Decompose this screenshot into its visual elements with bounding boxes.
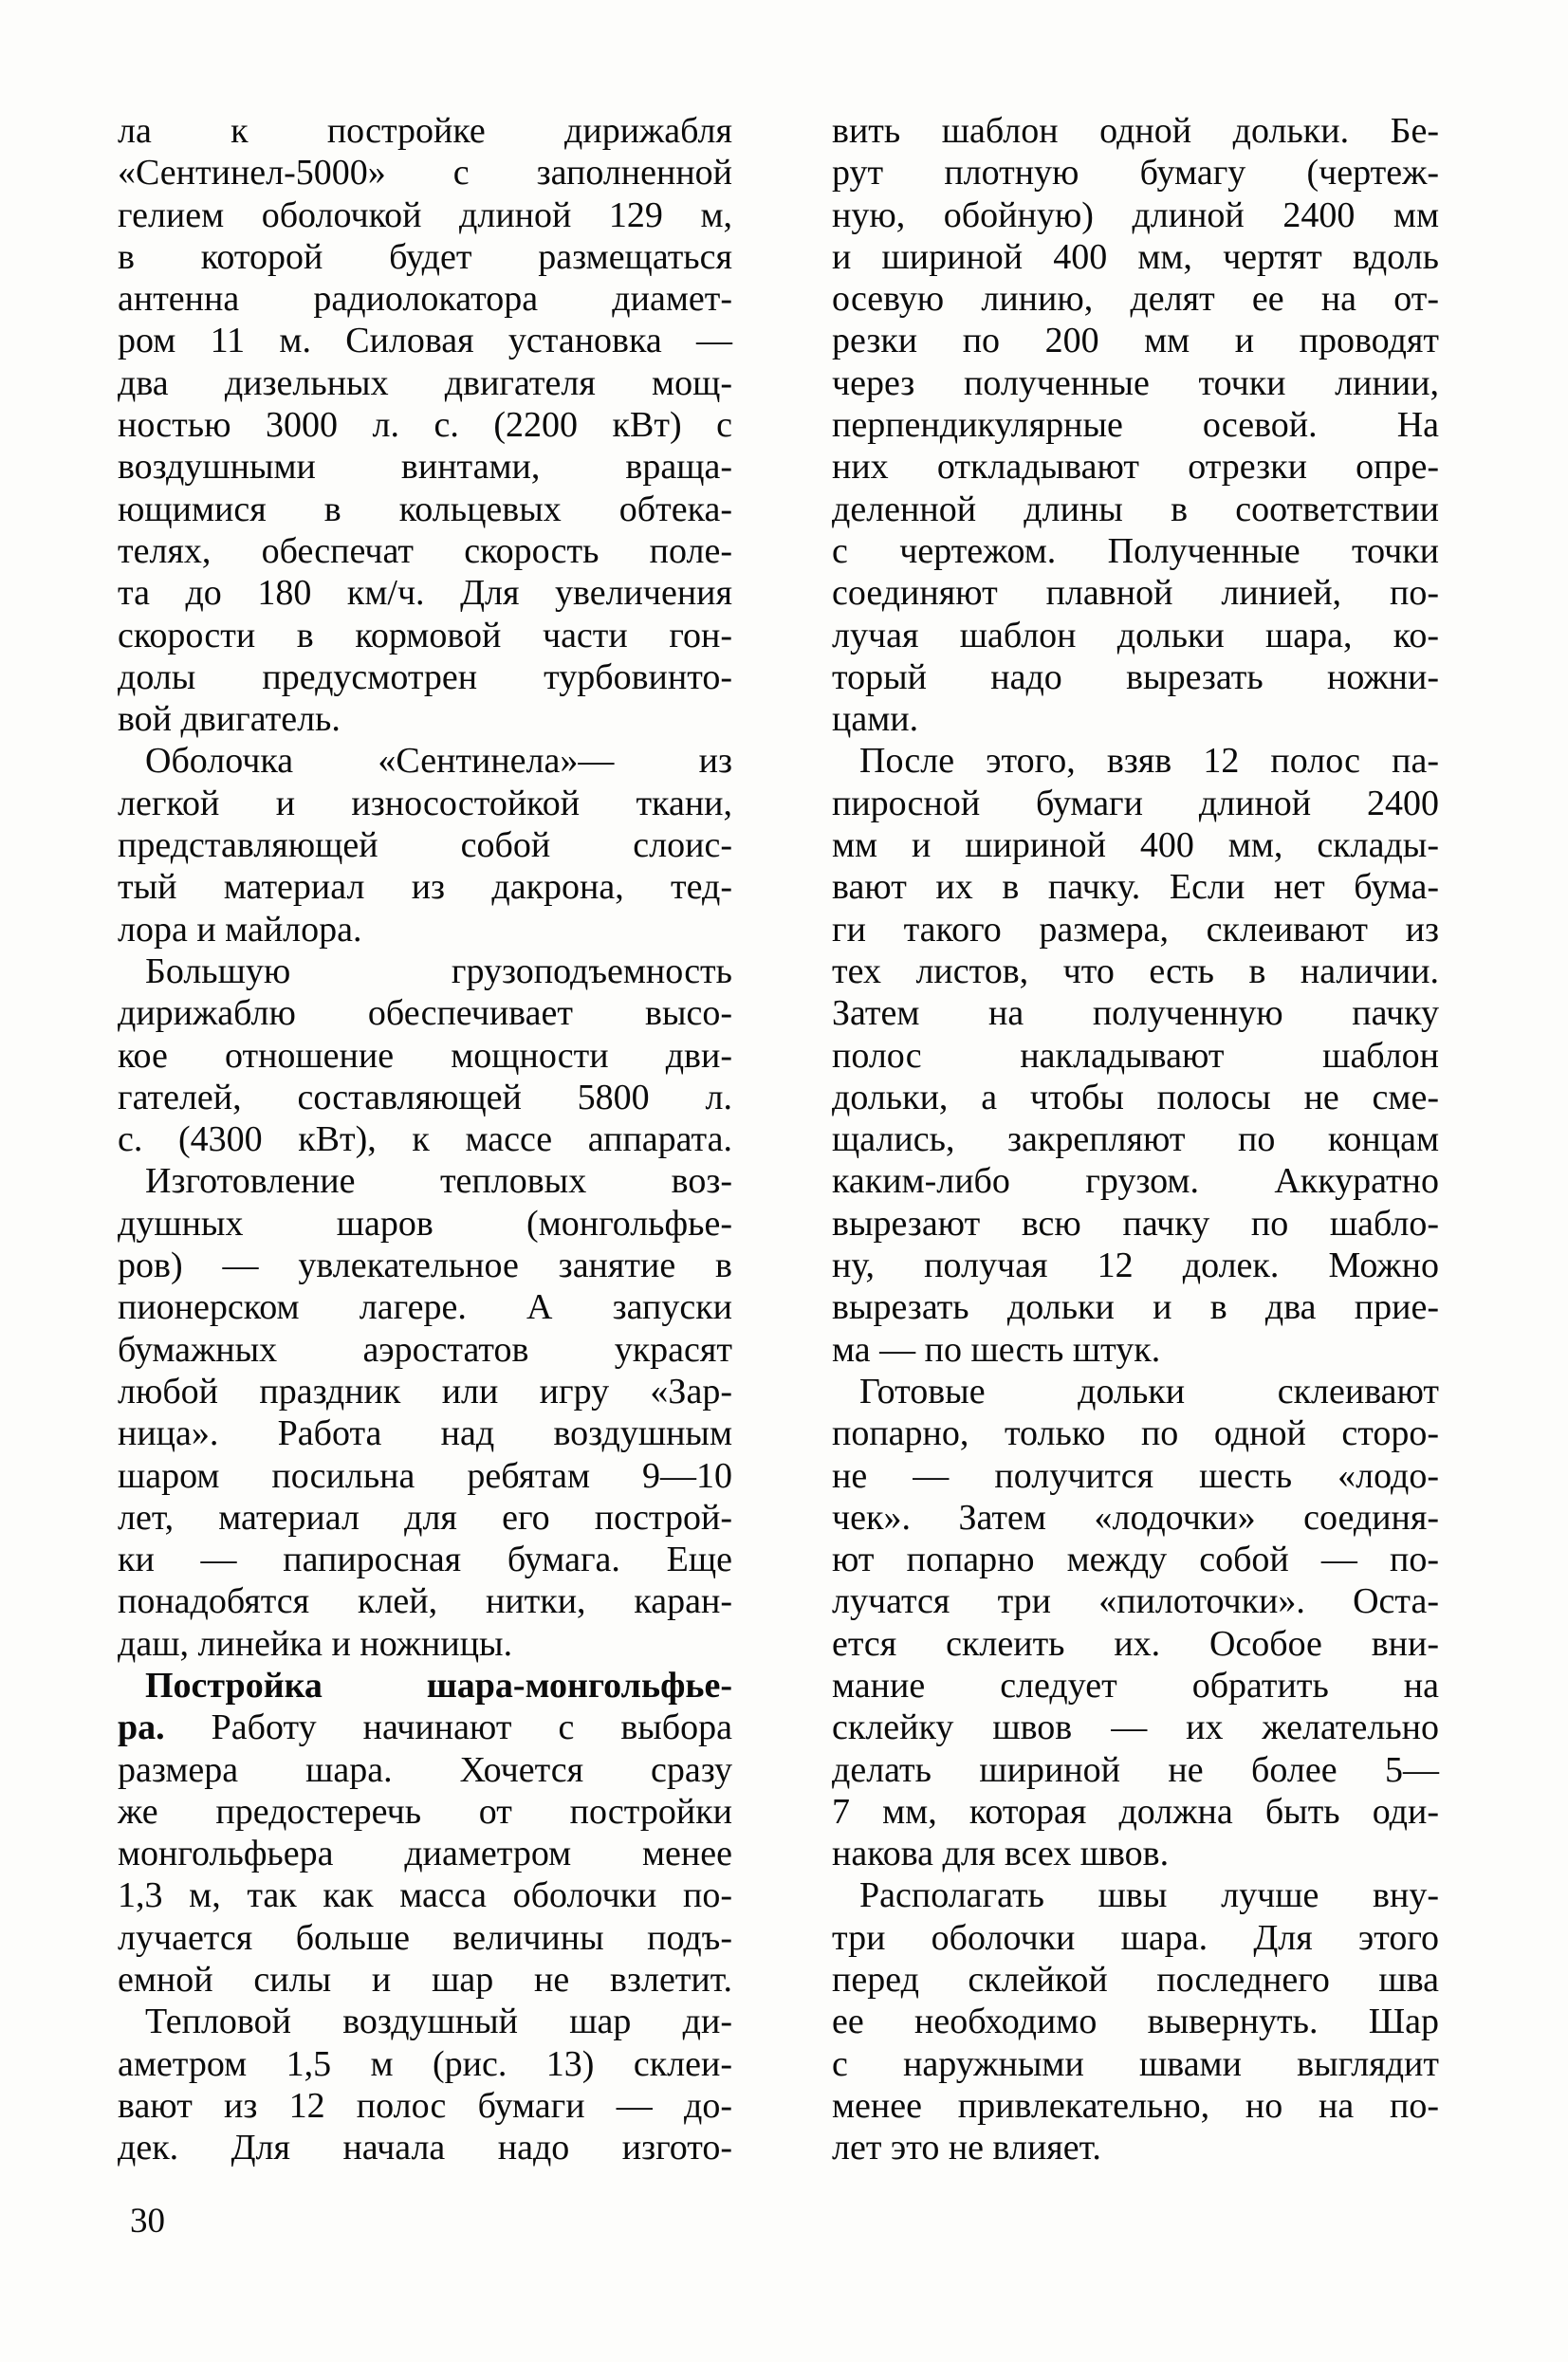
text-line: вают их в пачку. Если нет бума- bbox=[832, 866, 1439, 908]
text-line: же предостеречь от постройки bbox=[118, 1791, 732, 1833]
book-page: ла к постройке дирижабля«Сентинел-5000» … bbox=[0, 0, 1568, 2362]
text-line: вить шаблон одной дольки. Бе- bbox=[832, 110, 1439, 152]
text-line: не — получится шесть «лодо- bbox=[832, 1455, 1439, 1497]
text-line: дирижаблю обеспечивает высо- bbox=[118, 992, 732, 1034]
text-segment: три оболочки шара. Для этого bbox=[832, 1918, 1439, 1958]
text-line: Постройка шара-монгольфье- bbox=[118, 1665, 732, 1707]
text-segment: соединяют плавной линией, по- bbox=[832, 573, 1439, 613]
text-segment: душных шаров (монгольфье- bbox=[118, 1204, 732, 1244]
text-segment: торый надо вырезать ножни- bbox=[832, 657, 1439, 697]
text-line: них откладывают отрезки опре- bbox=[832, 446, 1439, 488]
text-segment: ров) — увлекательное занятие в bbox=[118, 1246, 732, 1285]
text-line: ющимися в кольцевых обтека- bbox=[118, 489, 732, 530]
text-segment: шаром посильна ребятам 9—10 bbox=[118, 1456, 732, 1496]
paragraph: Располагать швы лучше вну-три оболочки ш… bbox=[832, 1874, 1439, 2168]
text-line: два дизельных двигателя мощ- bbox=[118, 362, 732, 404]
text-line: вой двигатель. bbox=[118, 698, 732, 740]
text-line: ется склеить их. Особое вни- bbox=[832, 1623, 1439, 1665]
text-segment: тех листов, что есть в наличии. bbox=[832, 951, 1439, 991]
paragraph: Большую грузоподъемностьдирижаблю обеспе… bbox=[118, 950, 732, 1160]
text-line: ги такого размера, склеивают из bbox=[832, 909, 1439, 950]
text-line: размера шара. Хочется сразу bbox=[118, 1749, 732, 1791]
text-segment: с. (4300 кВт), к массе аппарата. bbox=[118, 1119, 732, 1159]
text-line: ница». Работа над воздушным bbox=[118, 1412, 732, 1454]
text-segment: скорости в кормовой части гон- bbox=[118, 616, 732, 655]
text-segment: вырезать дольки и в два прие- bbox=[832, 1287, 1439, 1327]
text-line: любой праздник или игру «Зар- bbox=[118, 1371, 732, 1412]
text-line: вырезать дольки и в два прие- bbox=[832, 1286, 1439, 1328]
text-line: Большую грузоподъемность bbox=[118, 950, 732, 992]
text-segment: понадобятся клей, нитки, каран- bbox=[118, 1581, 732, 1621]
bold-text-segment: ра. bbox=[118, 1707, 165, 1747]
paragraph: ла к постройке дирижабля«Сентинел-5000» … bbox=[118, 110, 732, 740]
text-segment: склейку швов — их желательно bbox=[832, 1707, 1439, 1747]
text-line: перед склейкой последнего шва bbox=[832, 1959, 1439, 2001]
bold-text-segment: Постройка шара-монгольфье- bbox=[145, 1666, 732, 1706]
text-line: чек». Затем «лодочки» соединя- bbox=[832, 1497, 1439, 1539]
text-line: После этого, взяв 12 полос па- bbox=[832, 740, 1439, 782]
text-line: 1,3 м, так как масса оболочки по- bbox=[118, 1874, 732, 1916]
text-segment: даш, линейка и ножницы. bbox=[118, 1624, 512, 1664]
text-segment: два дизельных двигателя мощ- bbox=[118, 363, 732, 403]
text-line: Затем на полученную пачку bbox=[832, 992, 1439, 1034]
text-segment: вырезают всю пачку по шабло- bbox=[832, 1204, 1439, 1244]
paragraph: Готовые дольки склеиваютпопарно, только … bbox=[832, 1371, 1439, 1875]
text-line: дек. Для начала надо изгото- bbox=[118, 2127, 732, 2168]
text-segment: размера шара. Хочется сразу bbox=[118, 1750, 732, 1790]
text-segment: и шириной 400 мм, чертят вдоль bbox=[832, 237, 1439, 277]
text-segment: вают из 12 полос бумаги — до- bbox=[118, 2086, 732, 2126]
text-segment: Тепловой воздушный шар ди- bbox=[145, 2002, 732, 2041]
text-line: деленной длины в соответствии bbox=[832, 489, 1439, 530]
paragraph: Оболочка «Сентинела»— излегкой и износос… bbox=[118, 740, 732, 950]
text-segment: 1,3 м, так как масса оболочки по- bbox=[118, 1875, 732, 1915]
text-line: душных шаров (монгольфье- bbox=[118, 1203, 732, 1245]
text-segment: Изготовление тепловых воз- bbox=[145, 1161, 732, 1201]
text-segment: ги такого размера, склеивают из bbox=[832, 910, 1439, 950]
text-line: пиросной бумаги длиной 2400 bbox=[832, 783, 1439, 824]
text-segment: перед склейкой последнего шва bbox=[832, 1960, 1439, 2000]
text-line: кое отношение мощности дви- bbox=[118, 1035, 732, 1077]
text-segment: пиросной бумаги длиной 2400 bbox=[832, 784, 1439, 823]
text-segment: цами. bbox=[832, 699, 918, 739]
text-segment: бумажных аэростатов украсят bbox=[118, 1330, 732, 1370]
text-segment: 7 мм, которая должна быть оди- bbox=[832, 1792, 1439, 1832]
text-segment: емной силы и шар не взлетит. bbox=[118, 1960, 732, 2000]
text-line: каким-либо грузом. Аккуратно bbox=[832, 1160, 1439, 1202]
text-line: телях, обеспечат скорость поле- bbox=[118, 530, 732, 572]
text-segment: дек. Для начала надо изгото- bbox=[118, 2128, 732, 2168]
text-line: полос накладывают шаблон bbox=[832, 1035, 1439, 1077]
text-segment: с наружными швами выглядит bbox=[832, 2044, 1439, 2084]
text-line: лора и майлора. bbox=[118, 909, 732, 950]
text-segment: деленной длины в соответствии bbox=[832, 489, 1439, 529]
text-segment: накова для всех швов. bbox=[832, 1834, 1169, 1873]
paragraph: вить шаблон одной дольки. Бе-рут плотную… bbox=[832, 110, 1439, 740]
text-line: ров) — увлекательное занятие в bbox=[118, 1245, 732, 1286]
text-line: ну, получая 12 долек. Можно bbox=[832, 1245, 1439, 1286]
text-line: долы предусмотрен турбовинто- bbox=[118, 656, 732, 698]
text-line: ма — по шесть штук. bbox=[832, 1329, 1439, 1371]
text-segment: ром 11 м. Силовая установка — bbox=[118, 321, 732, 360]
text-segment: попарно, только по одной сторо- bbox=[832, 1413, 1439, 1453]
text-segment: Затем на полученную пачку bbox=[832, 993, 1439, 1033]
text-segment: вают их в пачку. Если нет бума- bbox=[832, 867, 1439, 907]
text-line: склейку швов — их желательно bbox=[832, 1707, 1439, 1748]
text-line: аметром 1,5 м (рис. 13) склеи- bbox=[118, 2043, 732, 2085]
text-segment: гелием оболочкой длиной 129 м, bbox=[118, 195, 732, 235]
text-segment: Работу начинают с выбора bbox=[165, 1707, 732, 1747]
text-line: лучается больше величины подъ- bbox=[118, 1917, 732, 1959]
paragraph: Тепловой воздушный шар ди-аметром 1,5 м … bbox=[118, 2001, 732, 2168]
paragraph: После этого, взяв 12 полос па-пиросной б… bbox=[832, 740, 1439, 1370]
text-segment: гателей, составляющей 5800 л. bbox=[118, 1078, 732, 1117]
text-segment: ница». Работа над воздушным bbox=[118, 1413, 732, 1453]
text-line: попарно, только по одной сторо- bbox=[832, 1412, 1439, 1454]
text-line: щались, закрепляют по концам bbox=[832, 1118, 1439, 1160]
text-line: мм и шириной 400 мм, склады- bbox=[832, 824, 1439, 866]
text-line: ную, обойную) длиной 2400 мм bbox=[832, 194, 1439, 236]
text-segment: через полученные точки линии, bbox=[832, 363, 1439, 403]
paragraph: Изготовление тепловых воз-душных шаров (… bbox=[118, 1160, 732, 1665]
text-segment: рут плотную бумагу (чертеж- bbox=[832, 153, 1439, 193]
text-line: «Сентинел-5000» с заполненной bbox=[118, 152, 732, 194]
text-segment: легкой и износостойкой ткани, bbox=[118, 784, 732, 823]
text-line: лет, материал для его построй- bbox=[118, 1497, 732, 1539]
text-line: торый надо вырезать ножни- bbox=[832, 656, 1439, 698]
text-line: Оболочка «Сентинела»— из bbox=[118, 740, 732, 782]
text-line: представляющей собой слоис- bbox=[118, 824, 732, 866]
text-segment: ее необходимо вывернуть. Шар bbox=[832, 2002, 1439, 2041]
text-line: воздушными винтами, враща- bbox=[118, 446, 732, 488]
text-segment: каким-либо грузом. Аккуратно bbox=[832, 1161, 1439, 1201]
text-line: мание следует обратить на bbox=[832, 1665, 1439, 1707]
text-segment: лет, материал для его построй- bbox=[118, 1498, 732, 1538]
text-segment: телях, обеспечат скорость поле- bbox=[118, 531, 732, 571]
text-segment: них откладывают отрезки опре- bbox=[832, 447, 1439, 487]
text-line: Тепловой воздушный шар ди- bbox=[118, 2001, 732, 2042]
text-line: легкой и износостойкой ткани, bbox=[118, 783, 732, 824]
text-segment: лора и майлора. bbox=[118, 910, 361, 950]
text-segment: менее привлекательно, но на по- bbox=[832, 2086, 1439, 2126]
text-line: антенна радиолокатора диамет- bbox=[118, 278, 732, 320]
text-line: ра. Работу начинают с выбора bbox=[118, 1707, 732, 1748]
text-segment: та до 180 км/ч. Для увеличения bbox=[118, 573, 732, 613]
text-segment: ющимися в кольцевых обтека- bbox=[118, 489, 732, 529]
text-line: через полученные точки линии, bbox=[832, 362, 1439, 404]
text-segment: воздушными винтами, враща- bbox=[118, 447, 732, 487]
text-line: гелием оболочкой длиной 129 м, bbox=[118, 194, 732, 236]
text-line: перпендикулярные осевой. На bbox=[832, 404, 1439, 446]
text-line: Изготовление тепловых воз- bbox=[118, 1160, 732, 1202]
text-segment: дирижаблю обеспечивает высо- bbox=[118, 993, 732, 1033]
page-number: 30 bbox=[130, 2203, 165, 2241]
text-segment: вить шаблон одной дольки. Бе- bbox=[832, 111, 1439, 151]
text-line: гателей, составляющей 5800 л. bbox=[118, 1077, 732, 1118]
text-segment: резки по 200 мм и проводят bbox=[832, 321, 1439, 360]
text-segment: После этого, взяв 12 полос па- bbox=[859, 741, 1439, 781]
text-segment: делать шириной не более 5— bbox=[832, 1750, 1439, 1790]
text-line: ют попарно между собой — по- bbox=[832, 1539, 1439, 1580]
text-line: с. (4300 кВт), к массе аппарата. bbox=[118, 1118, 732, 1160]
text-segment: Большую грузоподъемность bbox=[145, 951, 732, 991]
text-line: ки — папиросная бумага. Еще bbox=[118, 1539, 732, 1580]
text-segment: вой двигатель. bbox=[118, 699, 341, 739]
text-segment: Оболочка «Сентинела»— из bbox=[145, 741, 732, 781]
text-line: лучатся три «пилоточки». Оста- bbox=[832, 1580, 1439, 1622]
text-segment: Готовые дольки склеивают bbox=[859, 1372, 1439, 1412]
text-line: дольки, а чтобы полосы не сме- bbox=[832, 1077, 1439, 1118]
text-segment: тый материал из дакрона, тед- bbox=[118, 867, 732, 907]
text-line: 7 мм, которая должна быть оди- bbox=[832, 1791, 1439, 1833]
text-line: понадобятся клей, нитки, каран- bbox=[118, 1580, 732, 1622]
text-line: с чертежом. Полученные точки bbox=[832, 530, 1439, 572]
text-segment: ма — по шесть штук. bbox=[832, 1330, 1160, 1370]
text-segment: лучая шаблон дольки шара, ко- bbox=[832, 616, 1439, 655]
text-line: монгольфьера диаметром менее bbox=[118, 1833, 732, 1874]
text-segment: ется склеить их. Особое вни- bbox=[832, 1624, 1439, 1664]
text-line: пионерском лагере. А запуски bbox=[118, 1286, 732, 1328]
text-line: с наружными швами выглядит bbox=[832, 2043, 1439, 2085]
text-segment: ют попарно между собой — по- bbox=[832, 1540, 1439, 1579]
text-segment: лучатся три «пилоточки». Оста- bbox=[832, 1581, 1439, 1621]
text-segment: же предостеречь от постройки bbox=[118, 1792, 732, 1832]
text-segment: кое отношение мощности дви- bbox=[118, 1036, 732, 1076]
text-line: цами. bbox=[832, 698, 1439, 740]
text-segment: Располагать швы лучше вну- bbox=[859, 1875, 1439, 1915]
text-columns: ла к постройке дирижабля«Сентинел-5000» … bbox=[118, 110, 1439, 2169]
text-line: бумажных аэростатов украсят bbox=[118, 1329, 732, 1371]
text-line: тый материал из дакрона, тед- bbox=[118, 866, 732, 908]
text-segment: мм и шириной 400 мм, склады- bbox=[832, 825, 1439, 865]
text-segment: перпендикулярные осевой. На bbox=[832, 405, 1439, 445]
text-line: лет это не влияет. bbox=[832, 2127, 1439, 2168]
text-segment: аметром 1,5 м (рис. 13) склеи- bbox=[118, 2044, 732, 2084]
left-column: ла к постройке дирижабля«Сентинел-5000» … bbox=[118, 110, 732, 2169]
text-line: та до 180 км/ч. Для увеличения bbox=[118, 572, 732, 614]
text-line: ла к постройке дирижабля bbox=[118, 110, 732, 152]
text-line: делать шириной не более 5— bbox=[832, 1749, 1439, 1791]
text-line: Располагать швы лучше вну- bbox=[832, 1874, 1439, 1916]
text-line: вырезают всю пачку по шабло- bbox=[832, 1203, 1439, 1245]
text-segment: ну, получая 12 долек. Можно bbox=[832, 1246, 1439, 1285]
text-segment: любой праздник или игру «Зар- bbox=[118, 1372, 732, 1412]
text-line: в которой будет размещаться bbox=[118, 236, 732, 278]
text-segment: ки — папиросная бумага. Еще bbox=[118, 1540, 732, 1579]
text-segment: мание следует обратить на bbox=[832, 1666, 1439, 1706]
text-segment: представляющей собой слоис- bbox=[118, 825, 732, 865]
text-line: резки по 200 мм и проводят bbox=[832, 320, 1439, 361]
text-segment: осевую линию, делят ее на от- bbox=[832, 279, 1439, 319]
text-segment: дольки, а чтобы полосы не сме- bbox=[832, 1078, 1439, 1117]
text-segment: долы предусмотрен турбовинто- bbox=[118, 657, 732, 697]
text-line: даш, линейка и ножницы. bbox=[118, 1623, 732, 1665]
text-segment: ла к постройке дирижабля bbox=[118, 111, 732, 151]
text-line: скорости в кормовой части гон- bbox=[118, 615, 732, 656]
right-column: вить шаблон одной дольки. Бе-рут плотную… bbox=[832, 110, 1439, 2169]
text-line: накова для всех швов. bbox=[832, 1833, 1439, 1874]
text-line: соединяют плавной линией, по- bbox=[832, 572, 1439, 614]
text-segment: не — получится шесть «лодо- bbox=[832, 1456, 1439, 1496]
text-line: шаром посильна ребятам 9—10 bbox=[118, 1455, 732, 1497]
text-line: ее необходимо вывернуть. Шар bbox=[832, 2001, 1439, 2042]
text-line: три оболочки шара. Для этого bbox=[832, 1917, 1439, 1959]
text-line: и шириной 400 мм, чертят вдоль bbox=[832, 236, 1439, 278]
text-line: осевую линию, делят ее на от- bbox=[832, 278, 1439, 320]
text-segment: ностью 3000 л. с. (2200 кВт) с bbox=[118, 405, 732, 445]
text-segment: щались, закрепляют по концам bbox=[832, 1119, 1439, 1159]
text-line: вают из 12 полос бумаги — до- bbox=[118, 2085, 732, 2127]
text-segment: лет это не влияет. bbox=[832, 2128, 1101, 2168]
paragraph: Постройка шара-монгольфье-ра. Работу нач… bbox=[118, 1665, 732, 2001]
text-line: ностью 3000 л. с. (2200 кВт) с bbox=[118, 404, 732, 446]
text-segment: антенна радиолокатора диамет- bbox=[118, 279, 732, 319]
text-line: рут плотную бумагу (чертеж- bbox=[832, 152, 1439, 194]
text-segment: «Сентинел-5000» с заполненной bbox=[118, 153, 732, 193]
text-line: Готовые дольки склеивают bbox=[832, 1371, 1439, 1412]
text-segment: пионерском лагере. А запуски bbox=[118, 1287, 732, 1327]
text-segment: полос накладывают шаблон bbox=[832, 1036, 1439, 1076]
text-segment: с чертежом. Полученные точки bbox=[832, 531, 1439, 571]
text-segment: в которой будет размещаться bbox=[118, 237, 732, 277]
text-segment: чек». Затем «лодочки» соединя- bbox=[832, 1498, 1439, 1538]
text-line: емной силы и шар не взлетит. bbox=[118, 1959, 732, 2001]
text-segment: монгольфьера диаметром менее bbox=[118, 1834, 732, 1873]
text-line: ром 11 м. Силовая установка — bbox=[118, 320, 732, 361]
text-line: лучая шаблон дольки шара, ко- bbox=[832, 615, 1439, 656]
text-line: менее привлекательно, но на по- bbox=[832, 2085, 1439, 2127]
text-segment: ную, обойную) длиной 2400 мм bbox=[832, 195, 1439, 235]
text-segment: лучается больше величины подъ- bbox=[118, 1918, 732, 1958]
text-line: тех листов, что есть в наличии. bbox=[832, 950, 1439, 992]
